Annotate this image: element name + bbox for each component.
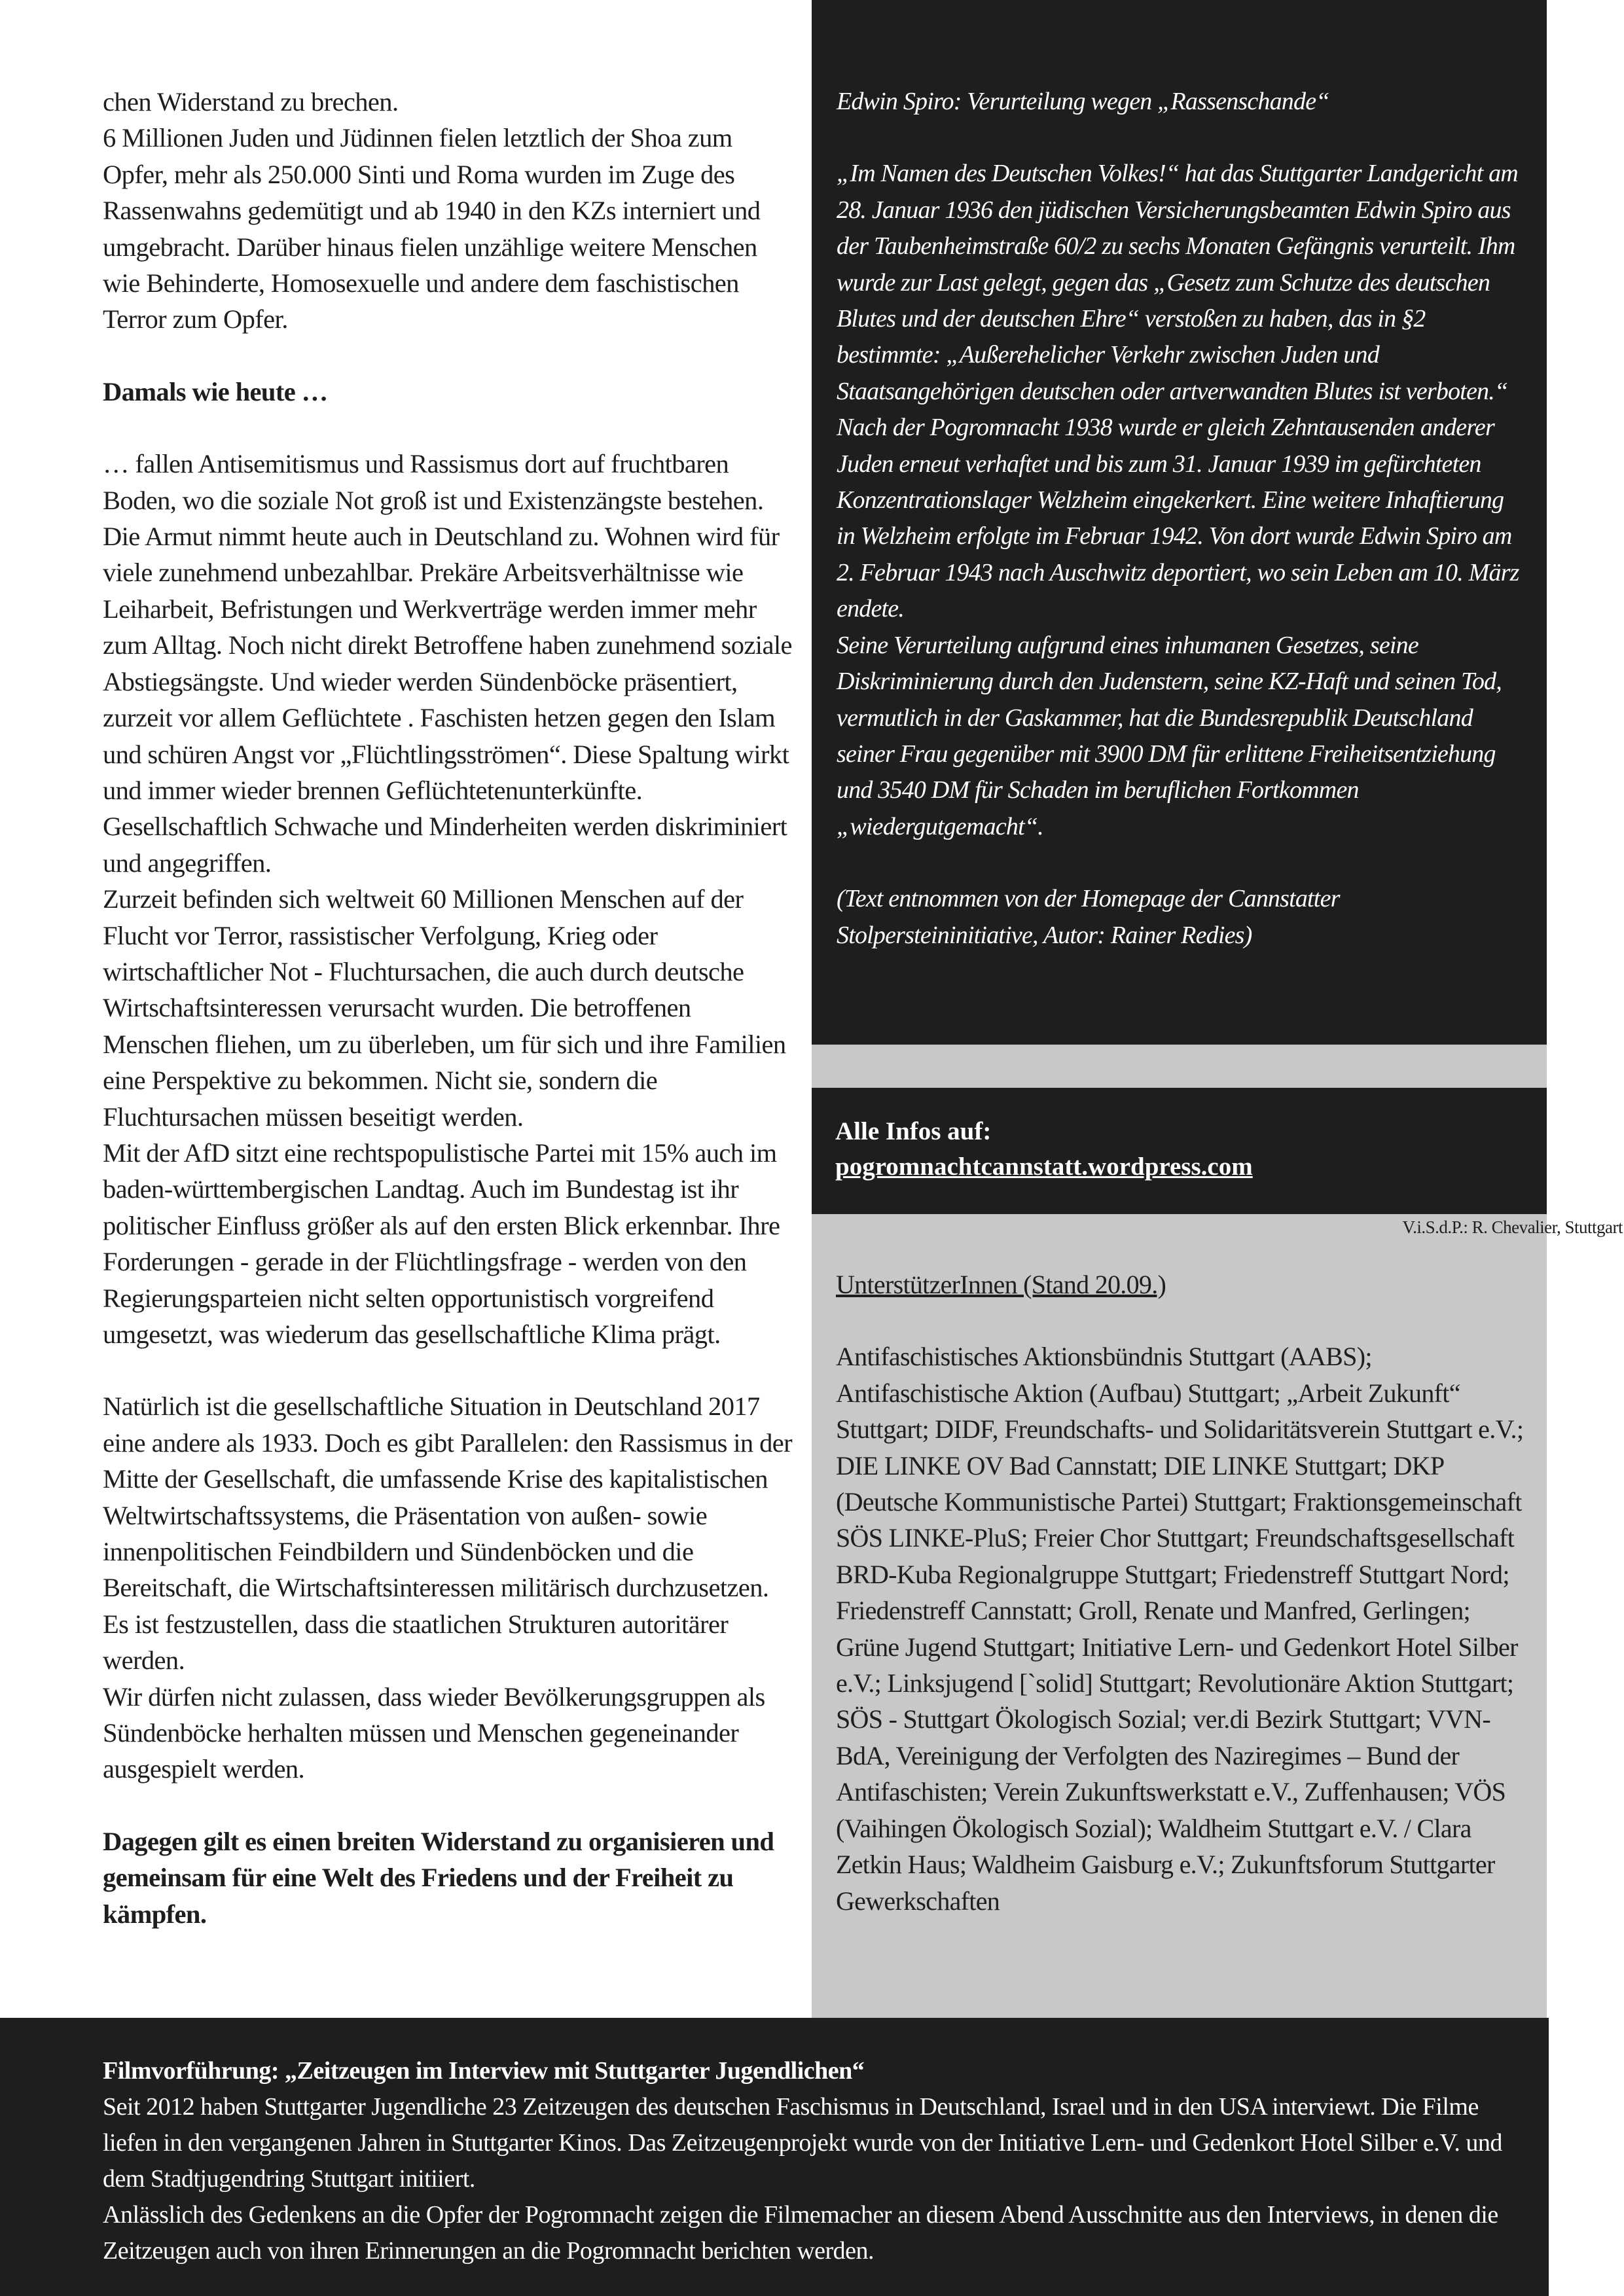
- spiro-title: Edwin Spiro: Verurteilung wegen „Rassens…: [837, 84, 1527, 120]
- article-paragraph: Wir dürfen nicht zulassen, dass wieder B…: [103, 1679, 797, 1787]
- spiro-source: (Text entnommen von der Homepage der Can…: [837, 881, 1527, 954]
- film-paragraph: Seit 2012 haben Stuttgarter Jugendliche …: [103, 2089, 1530, 2197]
- main-article: chen Widerstand zu brechen. 6 Millionen …: [103, 84, 797, 1932]
- website-link[interactable]: pogromnachtcannstatt.wordpress.com: [835, 1153, 1253, 1181]
- intro-continuation: chen Widerstand zu brechen.: [103, 84, 797, 120]
- imprint: V.i.S.d.P.: R. Chevalier, Stuttgart: [1230, 1217, 1623, 1238]
- article-paragraph: Natürlich ist die gesellschaftliche Situ…: [103, 1388, 797, 1678]
- section-heading: Damals wie heute …: [103, 374, 797, 410]
- info-label: Alle Infos auf:: [835, 1114, 1253, 1149]
- spiro-paragraph: „Im Namen des Deutschen Volkes!“ hat das…: [837, 156, 1527, 410]
- spiro-box: Edwin Spiro: Verurteilung wegen „Rassens…: [812, 0, 1547, 1045]
- supporters-heading: UnterstützerInnen (Stand 20.09.): [836, 1266, 1536, 1302]
- supporters-section: UnterstützerInnen (Stand 20.09.) Antifas…: [836, 1266, 1536, 1919]
- article-paragraph: … fallen Antisemitismus und Rassismus do…: [103, 446, 797, 881]
- intro-paragraph: 6 Millionen Juden und Jüdinnen fielen le…: [103, 120, 797, 337]
- film-section: Filmvorführung: „Zeitzeugen im Interview…: [0, 2018, 1549, 2296]
- film-paragraph: Anlässlich des Gedenkens an die Opfer de…: [103, 2197, 1530, 2269]
- article-paragraph: Mit der AfD sitzt eine rechtspopulistisc…: [103, 1135, 797, 1352]
- spiro-paragraph: Nach der Pogromnacht 1938 wurde er gleic…: [837, 410, 1527, 627]
- supporters-list: Antifaschistisches Aktionsbündnis Stuttg…: [836, 1338, 1536, 1919]
- info-box: Alle Infos auf: pogromnachtcannstatt.wor…: [812, 1088, 1547, 1214]
- film-title: Filmvorführung: „Zeitzeugen im Interview…: [103, 2053, 1530, 2089]
- closing-call: Dagegen gilt es einen breiten Widerstand…: [103, 1823, 797, 1932]
- article-paragraph: Zurzeit befinden sich weltweit 60 Millio…: [103, 881, 797, 1135]
- spiro-paragraph: Seine Verurteilung aufgrund eines inhuma…: [837, 628, 1527, 845]
